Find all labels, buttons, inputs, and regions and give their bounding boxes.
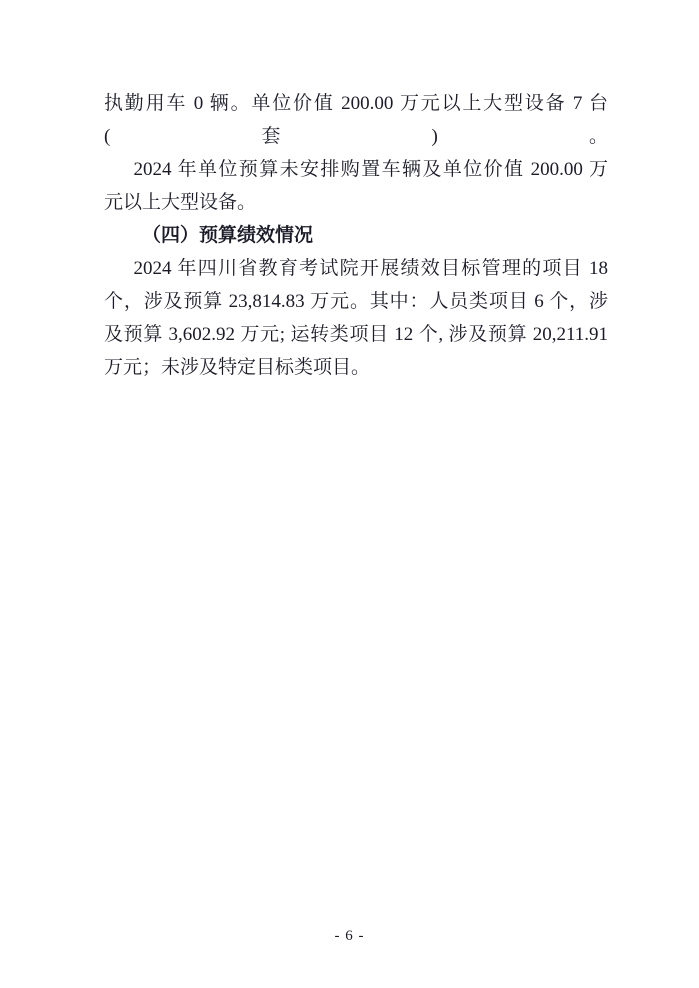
section-heading: （四）预算绩效情况	[104, 219, 608, 252]
paragraph-line: 2024 年四川省教育考试院开展绩效目标管理的项目 18	[104, 252, 608, 285]
document-body: 执勤用车 0 辆。单位价值 200.00 万元以上大型设备 7 台(套)。 20…	[104, 87, 608, 384]
document-page: 执勤用车 0 辆。单位价值 200.00 万元以上大型设备 7 台(套)。 20…	[0, 0, 699, 988]
paragraph-line: 万元；未涉及特定目标类项目。	[104, 351, 608, 384]
paragraph-line: 个，涉及预算 23,814.83 万元。其中：人员类项目 6 个，涉	[104, 285, 608, 318]
paragraph-line: 2024 年单位预算未安排购置车辆及单位价值 200.00 万	[104, 153, 608, 186]
paragraph-line: 执勤用车 0 辆。单位价值 200.00 万元以上大型设备 7 台(套)。	[104, 87, 608, 153]
paragraph-line: 元以上大型设备。	[104, 186, 608, 219]
page-number: - 6 -	[0, 926, 699, 946]
paragraph-line: 及预算 3,602.92 万元; 运转类项目 12 个, 涉及预算 20,211…	[104, 318, 608, 351]
